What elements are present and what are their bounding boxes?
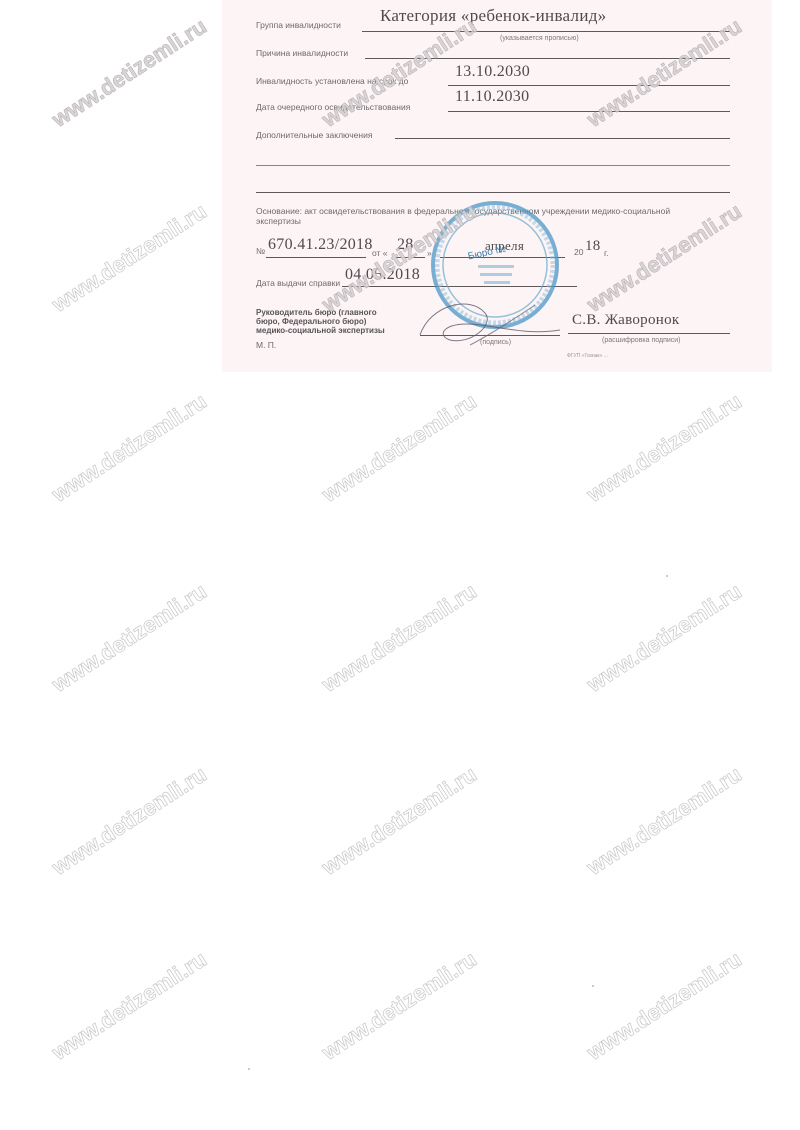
watermark: www.detizemli.ru: [317, 761, 481, 880]
scan-speck: [666, 575, 668, 577]
watermark: www.detizemli.ru: [47, 388, 211, 507]
act-year-suffix: г.: [604, 248, 608, 258]
watermark: www.detizemli.ru: [317, 578, 481, 697]
additional-line-3: [256, 192, 730, 193]
watermark: www.detizemli.ru: [582, 761, 746, 880]
watermark: www.detizemli.ru: [47, 198, 211, 317]
act-number-prefix: №: [256, 246, 265, 256]
watermark: www.detizemli.ru: [47, 578, 211, 697]
watermark: www.detizemli.ru: [47, 946, 211, 1065]
act-number-line: [266, 257, 366, 258]
watermark: www.detizemli.ru: [582, 578, 746, 697]
next-examination-value: 11.10.2030: [455, 88, 529, 106]
head-name: С.В. Жаворонок: [572, 312, 679, 329]
watermark: www.detizemli.ru: [582, 946, 746, 1065]
additional-conclusions-line: [395, 138, 730, 139]
issue-date-label: Дата выдачи справки: [256, 278, 340, 288]
disability-group-hint: (указывается прописью): [500, 35, 579, 42]
disability-until-line: [448, 85, 730, 86]
disability-group-value: Категория «ребенок-инвалид»: [380, 6, 606, 26]
act-year-prefix: 20: [574, 247, 583, 257]
disability-group-line: [362, 31, 730, 32]
watermark: www.detizemli.ru: [317, 388, 481, 507]
watermark: www.detizemli.ru: [582, 388, 746, 507]
watermark: www.detizemli.ru: [47, 13, 211, 132]
additional-conclusions-label: Дополнительные заключения: [256, 130, 372, 140]
head-name-hint: (расшифровка подписи): [602, 337, 681, 344]
head-label-1: Руководитель бюро (главного: [256, 308, 377, 317]
additional-line-2: [256, 165, 730, 166]
act-year: 18: [585, 238, 601, 255]
scan-speck: [592, 985, 594, 987]
svg-text:Бюро №: Бюро №: [467, 244, 507, 263]
head-label-3: медико-социальной экспертизы: [256, 326, 385, 335]
seal-mark: М. П.: [256, 340, 276, 350]
watermark: www.detizemli.ru: [317, 946, 481, 1065]
scan-speck: [248, 1068, 250, 1070]
head-label-2: бюро, Федерального бюро): [256, 317, 366, 326]
disability-group-label: Группа инвалидности: [256, 20, 341, 30]
disability-cause-label: Причина инвалидности: [256, 48, 348, 58]
head-name-line: [568, 333, 730, 334]
watermark: www.detizemli.ru: [47, 761, 211, 880]
disability-until-value: 13.10.2030: [455, 63, 530, 81]
act-number: 670.41.23/2018: [268, 236, 373, 254]
